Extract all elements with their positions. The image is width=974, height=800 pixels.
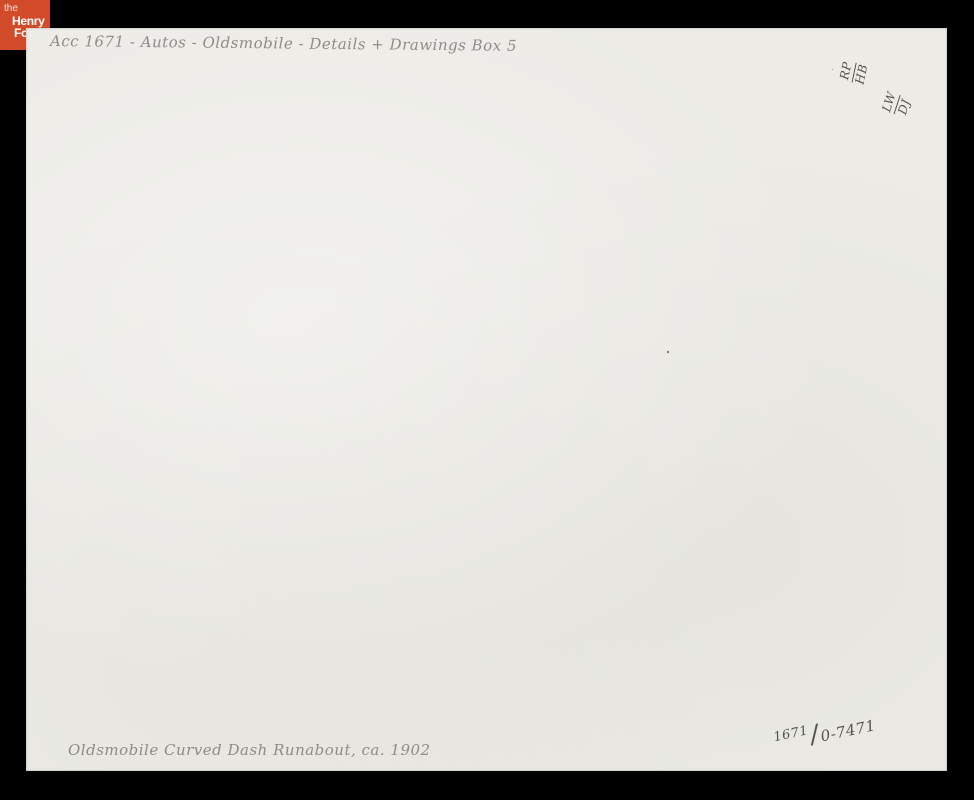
top-inscription: Acc 1671 - Autos - Oldsmobile - Details … — [50, 32, 517, 55]
paper-speck — [667, 351, 669, 353]
accession-suffix: 0-7471 — [819, 716, 877, 745]
initials-left-bottom: HB — [853, 63, 871, 86]
initials-left: RP HB — [838, 60, 871, 86]
accession-number: 1671/0-7471 — [772, 707, 878, 758]
bottom-caption: Oldsmobile Curved Dash Runabout, ca. 190… — [68, 741, 431, 759]
initials-right: LW DJ — [880, 90, 914, 118]
accession-prefix: 1671 — [772, 724, 809, 746]
photograph-back: Acc 1671 - Autos - Oldsmobile - Details … — [26, 28, 947, 771]
accession-separator: / — [809, 720, 820, 751]
paper-mark — [832, 69, 833, 70]
initials-right-bottom: DJ — [895, 97, 913, 116]
